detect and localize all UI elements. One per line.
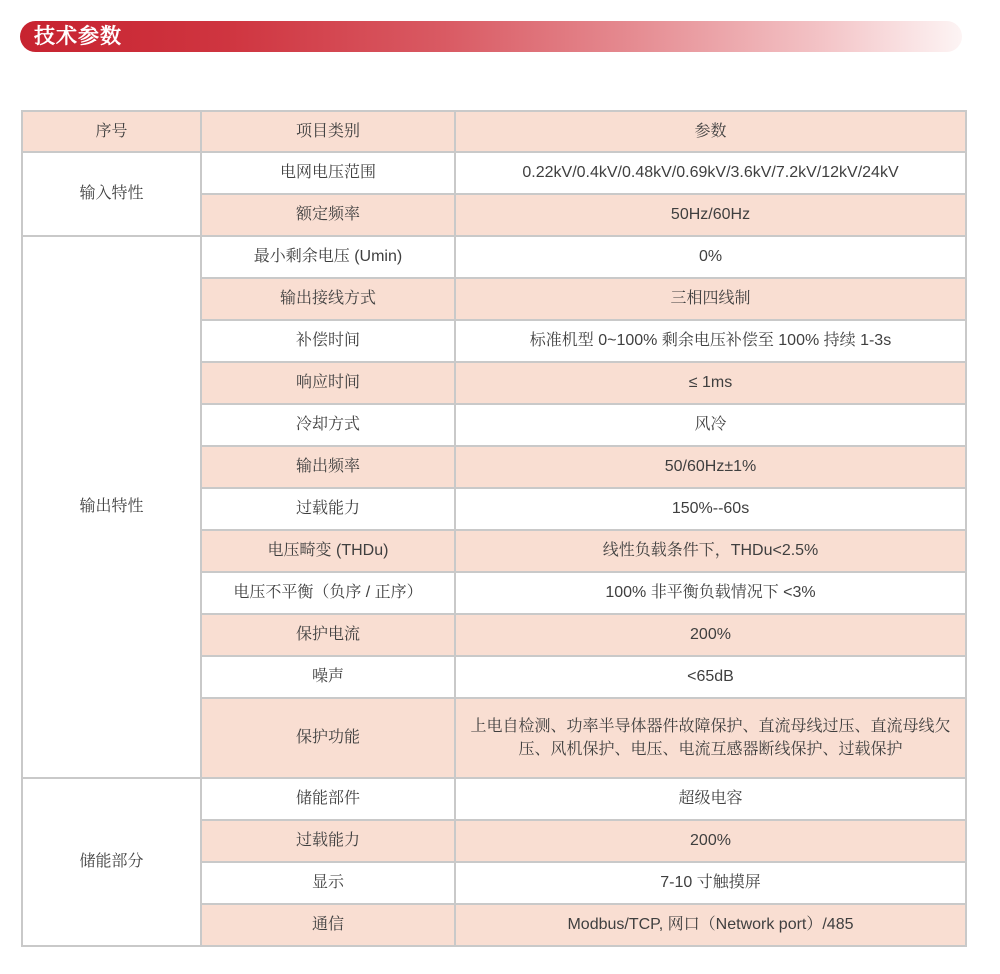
item-category-cell: 过载能力 [201, 820, 455, 862]
group-cell: 输入特性 [22, 152, 201, 236]
header-category: 项目类别 [201, 111, 455, 152]
item-category-cell: 电压不平衡（负序 / 正序） [201, 572, 455, 614]
parameter-value-cell: 200% [455, 614, 966, 656]
item-category-cell: 电压畸变 (THDu) [201, 530, 455, 572]
item-category-cell: 额定频率 [201, 194, 455, 236]
parameter-value-cell: 100% 非平衡负载情况下 <3% [455, 572, 966, 614]
table-header: 序号 项目类别 参数 [22, 111, 966, 152]
parameter-value-cell: 标准机型 0~100% 剩余电压补偿至 100% 持续 1-3s [455, 320, 966, 362]
group-cell: 输出特性 [22, 236, 201, 778]
group-cell: 储能部分 [22, 778, 201, 946]
table-body: 输入特性电网电压范围0.22kV/0.4kV/0.48kV/0.69kV/3.6… [22, 152, 966, 946]
item-category-cell: 最小剩余电压 (Umin) [201, 236, 455, 278]
item-category-cell: 显示 [201, 862, 455, 904]
page: 技术参数 序号 项目类别 参数 输入特性电网电压范围0.22kV/0.4kV/0… [0, 0, 1000, 974]
parameter-value-cell: 200% [455, 820, 966, 862]
table-header-row: 序号 项目类别 参数 [22, 111, 966, 152]
parameter-value-cell: 50/60Hz±1% [455, 446, 966, 488]
parameter-value-cell: 线性负载条件下，THDu<2.5% [455, 530, 966, 572]
parameter-value-cell: 0% [455, 236, 966, 278]
parameter-value-cell: 上电自检测、功率半导体器件故障保护、直流母线过压、直流母线欠压、风机保护、电压、… [455, 698, 966, 778]
item-category-cell: 冷却方式 [201, 404, 455, 446]
item-category-cell: 输出频率 [201, 446, 455, 488]
item-category-cell: 保护功能 [201, 698, 455, 778]
item-category-cell: 通信 [201, 904, 455, 946]
header-parameter: 参数 [455, 111, 966, 152]
item-category-cell: 输出接线方式 [201, 278, 455, 320]
parameter-value-cell: 150%--60s [455, 488, 966, 530]
parameter-value-cell: 超级电容 [455, 778, 966, 820]
item-category-cell: 补偿时间 [201, 320, 455, 362]
parameter-value-cell: ≤ 1ms [455, 362, 966, 404]
parameter-value-cell: 7-10 寸触摸屏 [455, 862, 966, 904]
table-row: 储能部分储能部件超级电容 [22, 778, 966, 820]
section-title-banner: 技术参数 [20, 21, 962, 52]
parameter-value-cell: 三相四线制 [455, 278, 966, 320]
header-serial: 序号 [22, 111, 201, 152]
parameter-value-cell: <65dB [455, 656, 966, 698]
parameter-value-cell: 0.22kV/0.4kV/0.48kV/0.69kV/3.6kV/7.2kV/1… [455, 152, 966, 194]
section-title: 技术参数 [20, 21, 122, 52]
parameter-value-cell: 风冷 [455, 404, 966, 446]
item-category-cell: 储能部件 [201, 778, 455, 820]
table-row: 输出特性最小剩余电压 (Umin)0% [22, 236, 966, 278]
parameter-value-cell: Modbus/TCP, 网口（Network port）/485 [455, 904, 966, 946]
item-category-cell: 保护电流 [201, 614, 455, 656]
item-category-cell: 响应时间 [201, 362, 455, 404]
item-category-cell: 过载能力 [201, 488, 455, 530]
item-category-cell: 电网电压范围 [201, 152, 455, 194]
parameter-value-cell: 50Hz/60Hz [455, 194, 966, 236]
spec-table: 序号 项目类别 参数 输入特性电网电压范围0.22kV/0.4kV/0.48kV… [21, 110, 967, 947]
table-row: 输入特性电网电压范围0.22kV/0.4kV/0.48kV/0.69kV/3.6… [22, 152, 966, 194]
item-category-cell: 噪声 [201, 656, 455, 698]
